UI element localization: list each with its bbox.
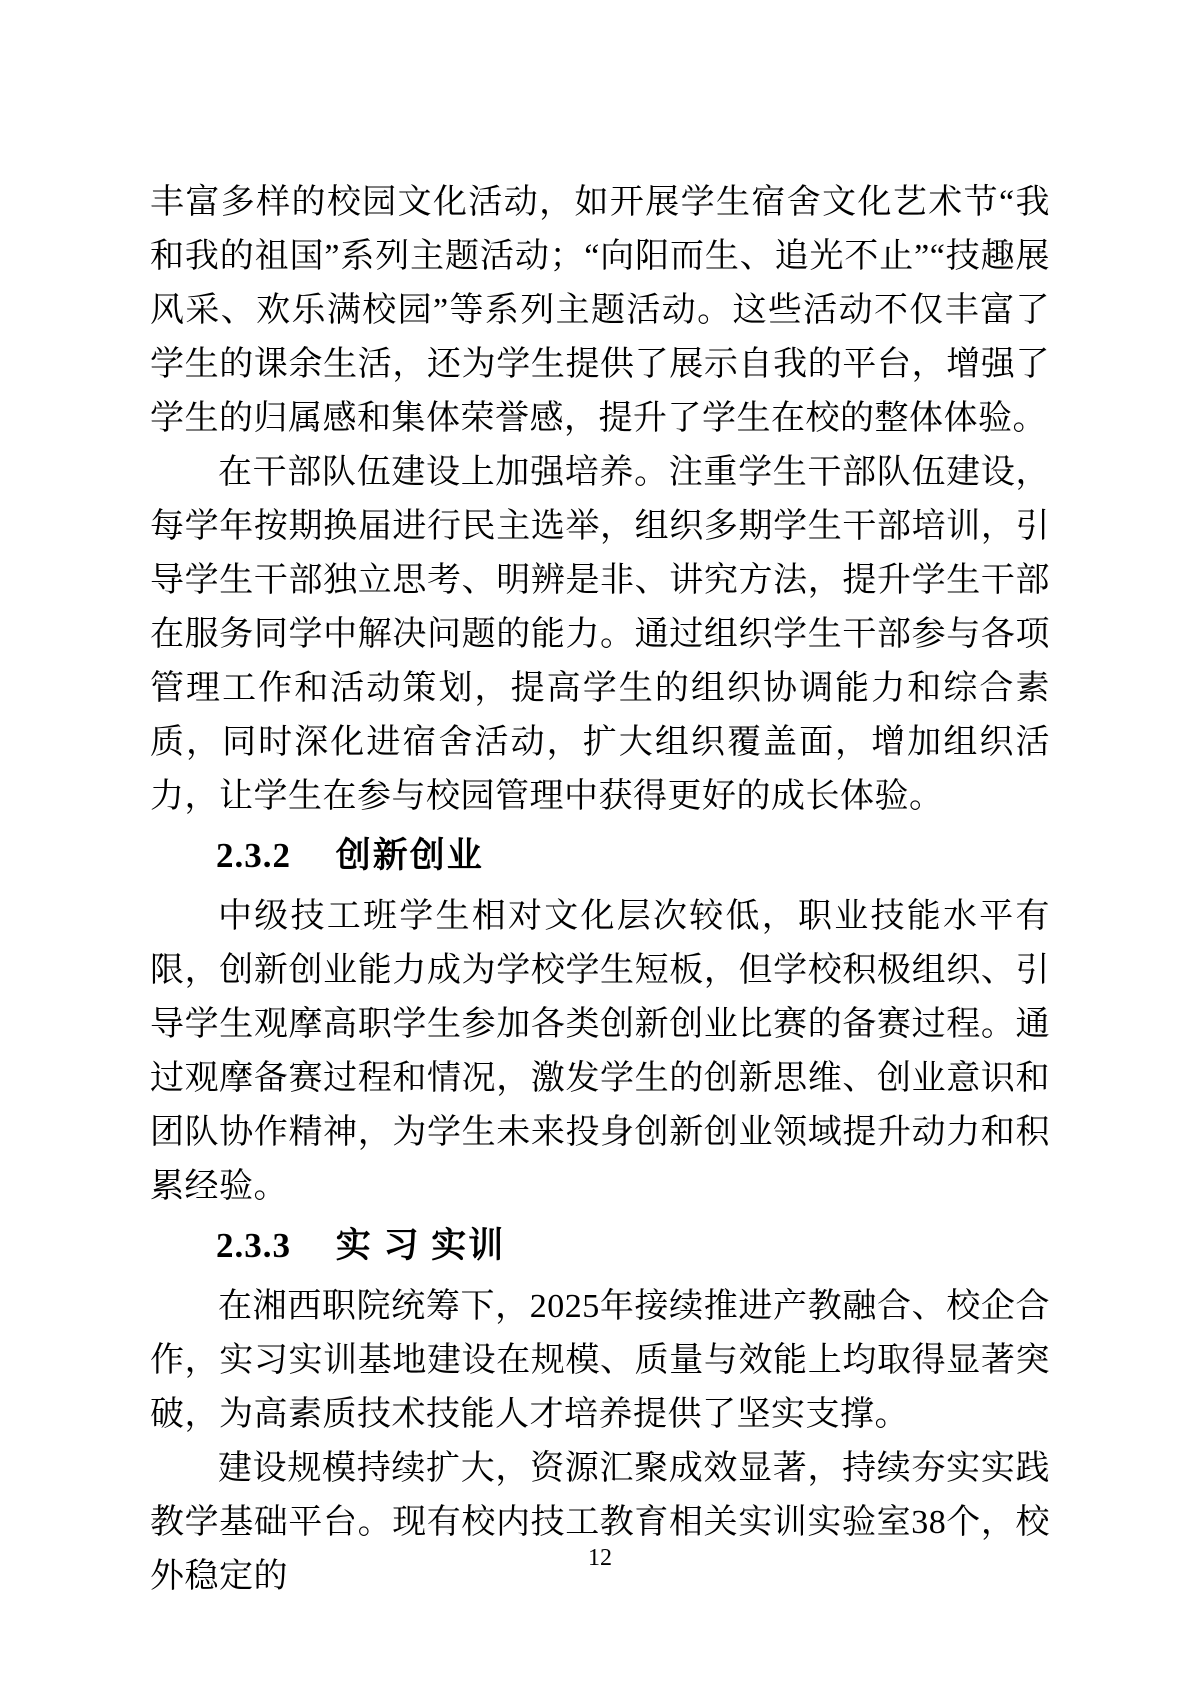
page-body: 丰富多样的校园文化活动，如开展学生宿舍文化艺术节“我和我的祖国”系列主题活动；“… (150, 176, 1050, 1604)
heading-number: 2.3.2 (216, 836, 291, 875)
paragraph-cadre-team-building: 在干部队伍建设上加强培养。注重学生干部队伍建设，每学年按期换届进行民主选举，组织… (150, 446, 1050, 824)
page-number: 12 (588, 1545, 612, 1571)
heading-number: 2.3.3 (216, 1226, 291, 1265)
heading-2-3-2-innovation: 2.3.2 创新创业 (150, 829, 1050, 883)
heading-2-3-3-internship: 2.3.3 实 习 实训 (150, 1219, 1050, 1273)
document-page: 丰富多样的校园文化活动，如开展学生宿舍文化艺术节“我和我的祖国”系列主题活动；“… (0, 0, 1200, 1698)
heading-title: 实 习 实训 (336, 1226, 506, 1265)
paragraph-internship-overview: 在湘西职院统筹下，2025年接续推进产教融合、校企合作，实习实训基地建设在规模、… (150, 1280, 1050, 1442)
paragraph-training-base-scale: 建设规模持续扩大，资源汇聚成效显著，持续夯实实践教学基础平台。现有校内技工教育相… (150, 1442, 1050, 1604)
heading-title: 创新创业 (336, 836, 484, 875)
paragraph-innovation-entrepreneurship: 中级技工班学生相对文化层次较低，职业技能水平有限，创新创业能力成为学校学生短板，… (150, 890, 1050, 1214)
paragraph-campus-culture-activities: 丰富多样的校园文化活动，如开展学生宿舍文化艺术节“我和我的祖国”系列主题活动；“… (150, 176, 1050, 446)
page-footer: 12 (0, 1543, 1200, 1573)
